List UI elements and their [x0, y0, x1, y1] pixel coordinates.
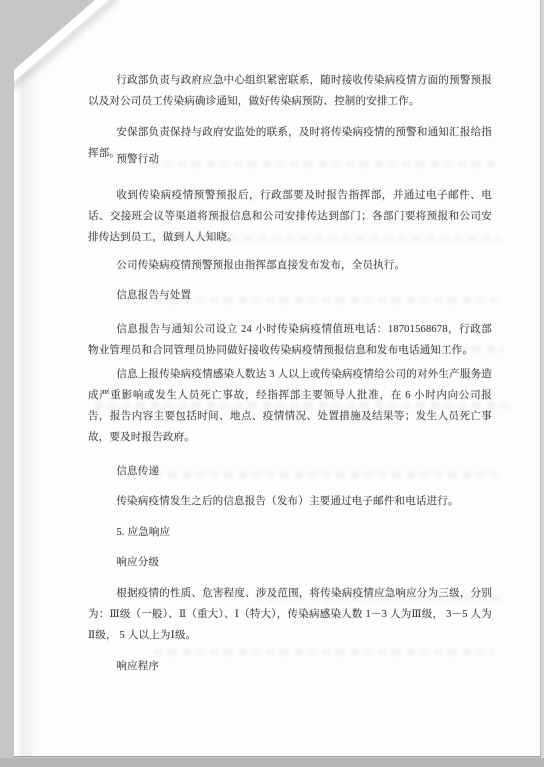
- paragraph-info-escalation: 信息上报传染病疫情感染人数达 3 人以上或传染病疫情给公司的对外生产服务造成严重…: [88, 364, 492, 448]
- heading-info-report-disposal: 信息报告与处置: [88, 285, 492, 306]
- heading-info-transfer: 信息传递: [88, 461, 492, 482]
- paragraph-warning-notification: 收到传染病疫情预警预报后，行政部要及时报告指挥部，并通过电子邮件、电话、交接班会…: [88, 185, 492, 248]
- heading-response-procedure: 响应程序: [88, 656, 492, 677]
- scanned-document-screenshot: 行政部负责与政府应急中心组织紧密联系，随时接收传染病疫情方面的预警预报以及对公司…: [0, 0, 544, 767]
- scanner-bed-bottom-strip: [0, 758, 544, 767]
- heading-response-grading: 响应分级: [88, 552, 492, 573]
- page-left-edge-highlight: [14, 60, 44, 756]
- scan-smudge: [154, 649, 494, 656]
- paragraph-info-transfer-method: 传染病疫情发生之后的信息报告（发布）主要通过电子邮件和电话进行。: [88, 491, 492, 512]
- paragraph-admin-dept-duty: 行政部负责与政府应急中心组织紧密联系，随时接收传染病疫情方面的预警预报以及对公司…: [88, 70, 492, 112]
- paragraph-duty-phone: 信息报告与通知公司设立 24 小时传染病疫情值班电话：18701568678，行…: [88, 319, 492, 361]
- document-page: 行政部负责与政府应急中心组织紧密联系，随时接收传染病疫情方面的预警预报以及对公司…: [14, 0, 541, 757]
- paragraph-response-levels: 根据疫情的性质、危害程度、涉及范围，将传染病疫情应急响应分为三级，分别为：Ⅲ级（…: [88, 583, 492, 646]
- heading-emergency-response: 5. 应急响应: [88, 522, 492, 543]
- paragraph-warning-release: 公司传染病疫情预警预报由指挥部直接发布发布，全员执行。: [88, 255, 492, 276]
- heading-warning-action: 预警行动: [88, 149, 492, 170]
